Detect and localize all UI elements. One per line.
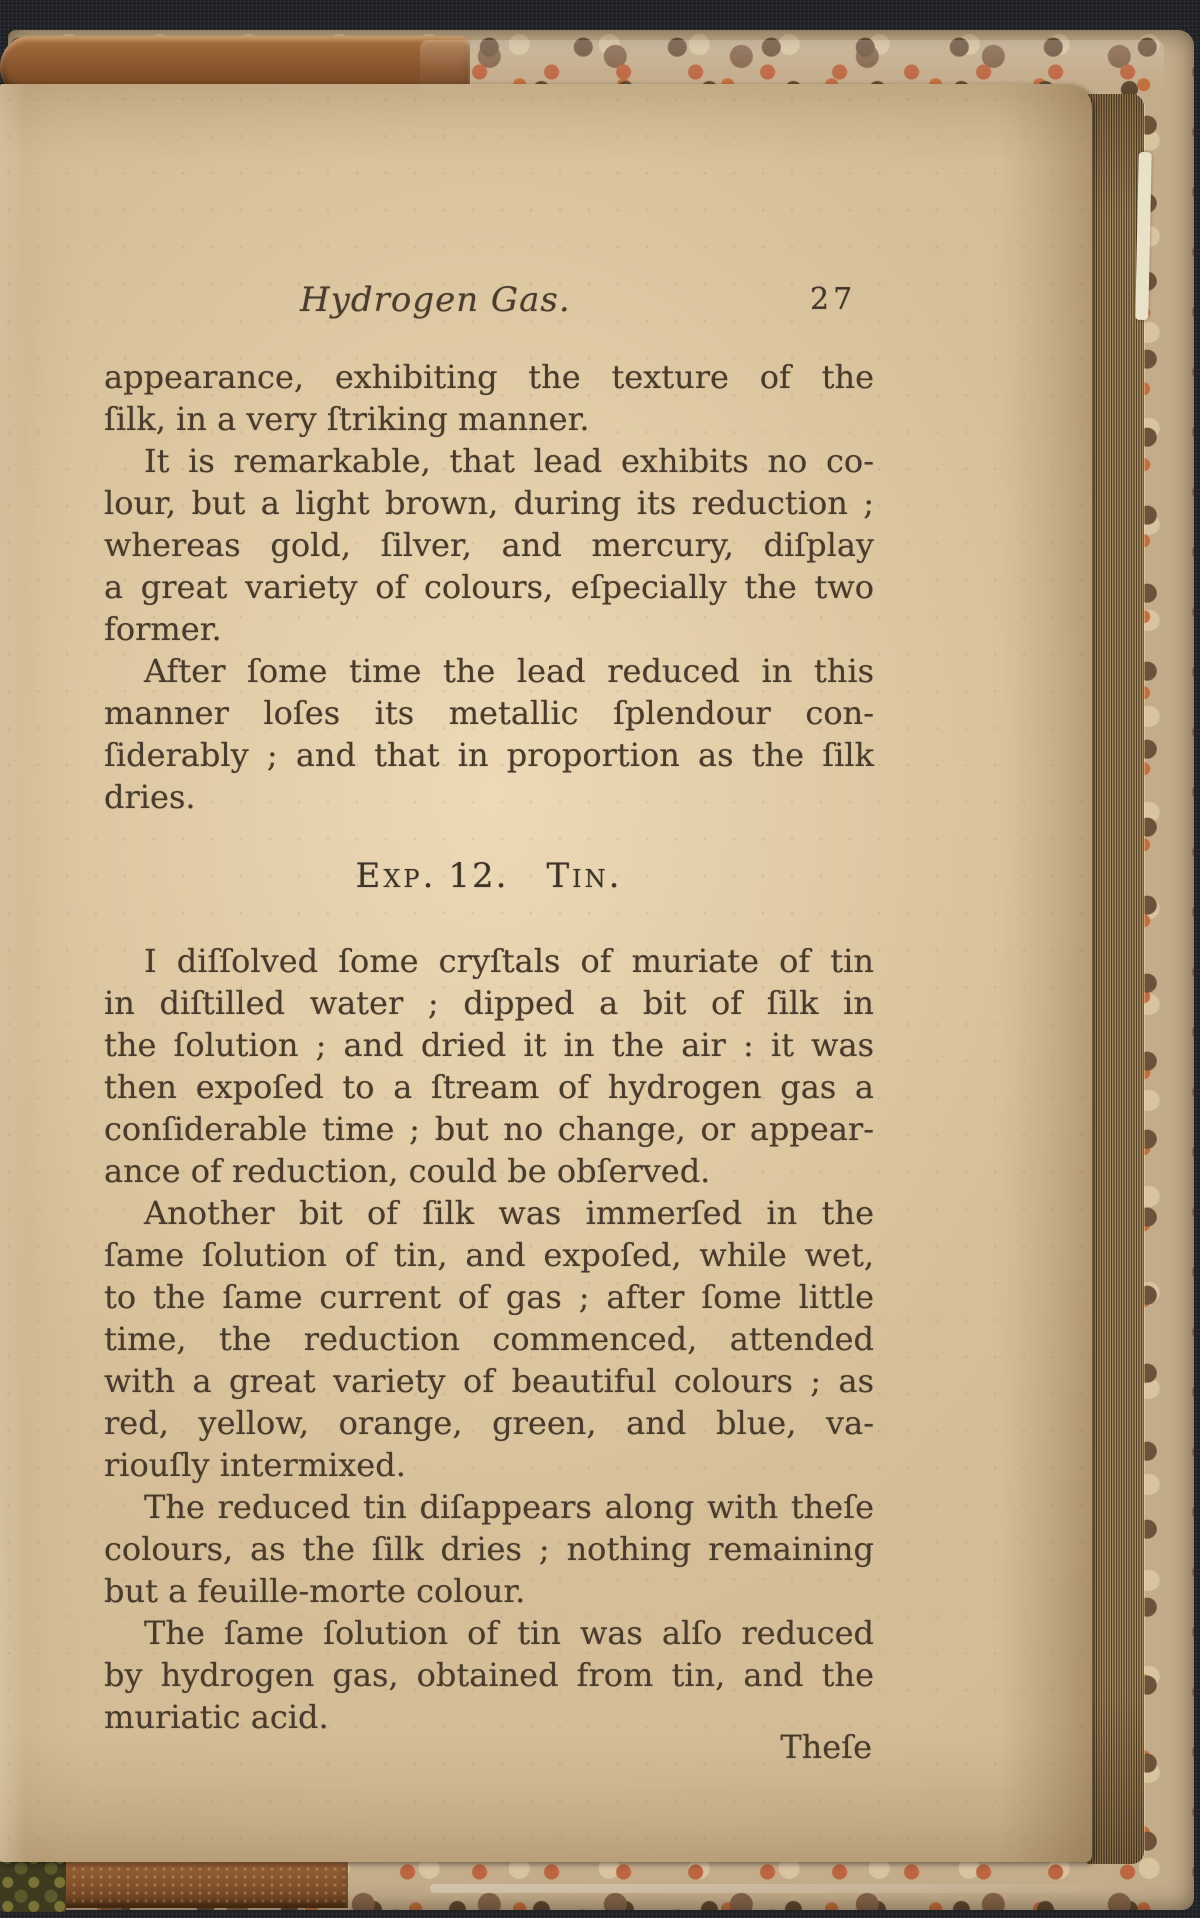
book-fore-edge-pages bbox=[1086, 94, 1144, 1864]
text-line: manner loſes its metallic ſplendour con- bbox=[104, 692, 874, 734]
text-line: to the ſame current of gas ; after ſome … bbox=[104, 1276, 874, 1318]
text-line: the ſolution ; and dried it in the air :… bbox=[104, 1024, 874, 1066]
text-line: Another bit of ſilk was immerſed in the bbox=[104, 1192, 874, 1234]
paragraph: I diſſolved ſome cryſtals of muriate of … bbox=[104, 940, 874, 1192]
paragraph: Another bit of ſilk was immerſed in theſ… bbox=[104, 1192, 874, 1486]
text-line: The ſame ſolution of tin was alſo reduce… bbox=[104, 1612, 874, 1654]
text-line: a great variety of colours, eſpecially t… bbox=[104, 566, 874, 608]
paragraph: After ſome time the lead reduced in this… bbox=[104, 650, 874, 818]
photo-background: Hydrogen Gas. 27 appearance, exhibiting … bbox=[0, 0, 1200, 1918]
text-line: then expoſed to a ſtream of hydrogen gas… bbox=[104, 1066, 874, 1108]
paragraph: The ſame ſolution of tin was alſo reduce… bbox=[104, 1612, 874, 1738]
text-line: colours, as the ſilk dries ; nothing rem… bbox=[104, 1528, 874, 1570]
text-line: ſiderably ; and that in proportion as th… bbox=[104, 734, 874, 776]
text-line: I diſſolved ſome cryſtals of muriate of … bbox=[104, 940, 874, 982]
text-line: in diſtilled water ; dipped a bit of ſil… bbox=[104, 982, 874, 1024]
text-line: appearance, exhibiting the texture of th… bbox=[104, 356, 874, 398]
text-line: riouſly intermixed. bbox=[104, 1444, 874, 1486]
running-header: Hydrogen Gas. bbox=[300, 280, 571, 320]
text-line: dries. bbox=[104, 776, 874, 818]
text-line: conſiderable time ; but no change, or ap… bbox=[104, 1108, 874, 1150]
text-line: lour, but a light brown, during its redu… bbox=[104, 482, 874, 524]
body-text: appearance, exhibiting the texture of th… bbox=[104, 356, 874, 1738]
book-page: Hydrogen Gas. 27 appearance, exhibiting … bbox=[0, 84, 1092, 1862]
text-line: former. bbox=[104, 608, 874, 650]
text-line: It is remarkable, that lead exhibits no … bbox=[104, 440, 874, 482]
text-line: ſame ſolution of tin, and expoſed, while… bbox=[104, 1234, 874, 1276]
text-line: After ſome time the lead reduced in this bbox=[104, 650, 874, 692]
exp-number: 12. bbox=[448, 856, 508, 896]
text-line: ance of reduction, could be obſerved. bbox=[104, 1150, 874, 1192]
exp-subject: Tin. bbox=[546, 856, 622, 896]
text-line: with a great variety of beautiful colour… bbox=[104, 1360, 874, 1402]
page-header: Hydrogen Gas. 27 bbox=[104, 280, 874, 324]
text-line: red, yellow, orange, green, and blue, va… bbox=[104, 1402, 874, 1444]
section-heading: Exp.12.Tin. bbox=[104, 854, 874, 898]
page-text-block: Hydrogen Gas. 27 appearance, exhibiting … bbox=[104, 280, 874, 1768]
paragraph: appearance, exhibiting the texture of th… bbox=[104, 356, 874, 440]
page-number: 27 bbox=[810, 282, 856, 317]
text-line: time, the reduction commenced, attended bbox=[104, 1318, 874, 1360]
exp-label: Exp. bbox=[356, 856, 437, 896]
text-line: whereas gold, ſilver, and mercury, diſpl… bbox=[104, 524, 874, 566]
text-line: by hydrogen gas, obtained from tin, and … bbox=[104, 1654, 874, 1696]
paragraph: The reduced tin diſappears along with th… bbox=[104, 1486, 874, 1612]
text-line: but a feuille-morte colour. bbox=[104, 1570, 874, 1612]
text-line: ſilk, in a very ſtriking manner. bbox=[104, 398, 874, 440]
text-line: The reduced tin diſappears along with th… bbox=[104, 1486, 874, 1528]
paragraph: It is remarkable, that lead exhibits no … bbox=[104, 440, 874, 650]
